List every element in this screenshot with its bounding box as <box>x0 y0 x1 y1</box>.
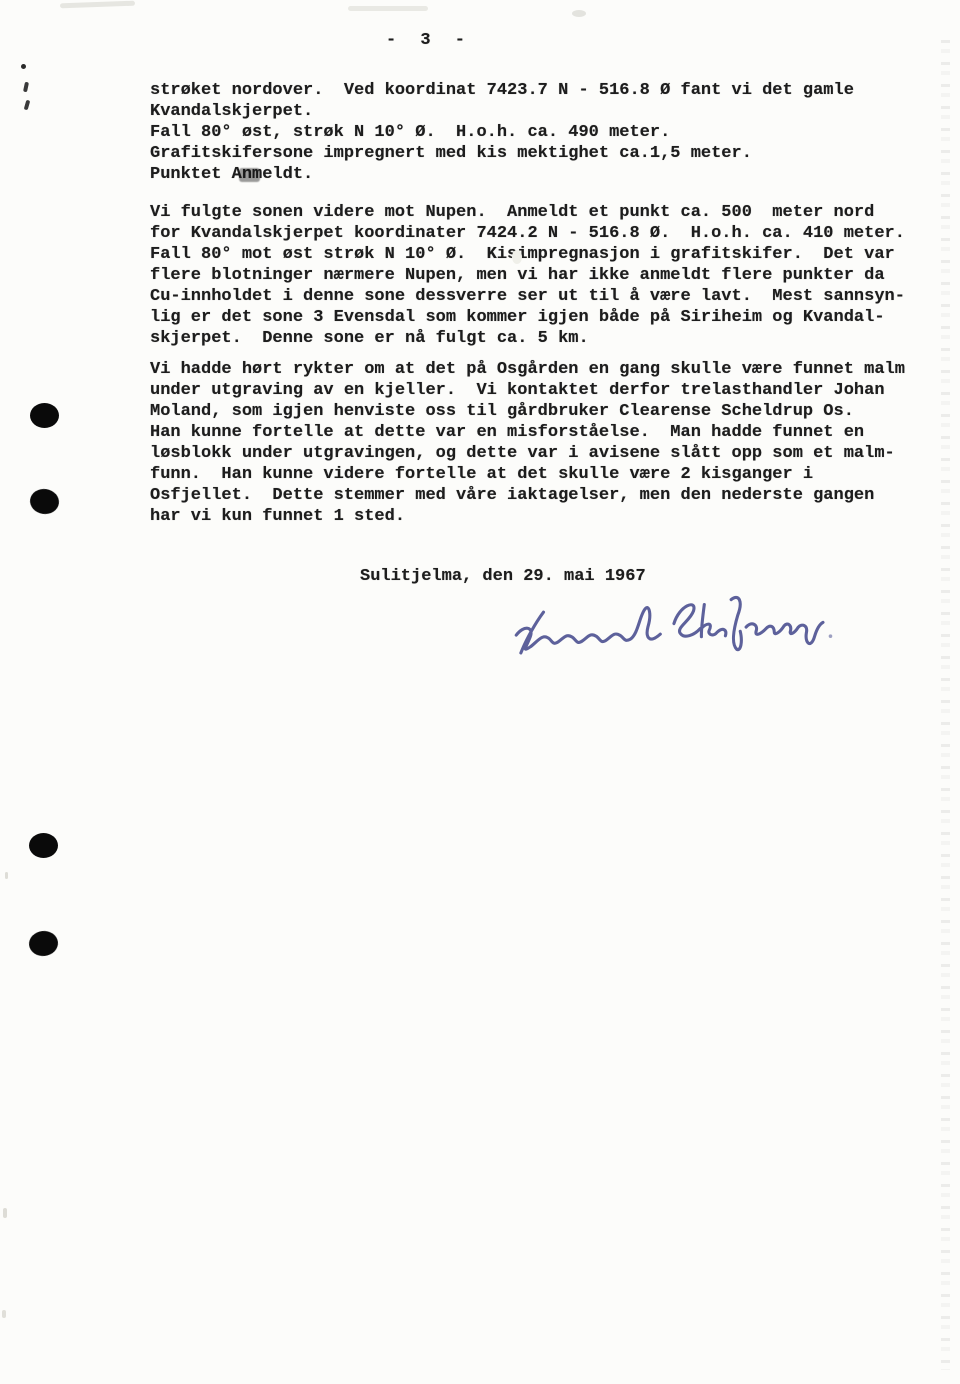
margin-ink-dot <box>28 930 59 958</box>
stray-mark <box>23 82 29 93</box>
scan-background: { "page_number": "- 3 -", "body": { "par… <box>0 0 960 1384</box>
margin-ink-dot <box>29 833 58 858</box>
paragraph-3: Vi hadde hørt rykter om at det på Osgård… <box>150 359 905 527</box>
signature-ink-dot <box>829 634 833 638</box>
scan-smudge <box>348 6 428 11</box>
scan-smudge <box>5 872 8 879</box>
stray-mark <box>24 100 31 111</box>
margin-ink-dot <box>28 487 60 516</box>
scan-edge-shadow <box>941 40 950 1370</box>
scan-smudge <box>572 10 586 17</box>
margin-ink-dot <box>30 403 59 428</box>
document-sheet: - 3 - strøket nordover. Ved koordinat 74… <box>0 0 960 1384</box>
signature-stroke-second-word <box>673 594 824 651</box>
scan-smudge <box>512 250 522 264</box>
scan-smudge <box>60 1 135 9</box>
paragraph-2: Vi fulgte sonen videre mot Nupen. Anmeld… <box>150 202 905 349</box>
overtype-mark <box>239 168 260 182</box>
scan-smudge <box>2 1310 6 1318</box>
signature-stroke-first-word <box>515 607 660 653</box>
stray-mark <box>21 64 26 69</box>
signature-handwriting <box>476 572 849 680</box>
page-number: - 3 - <box>386 30 472 51</box>
scan-smudge <box>3 1208 7 1218</box>
